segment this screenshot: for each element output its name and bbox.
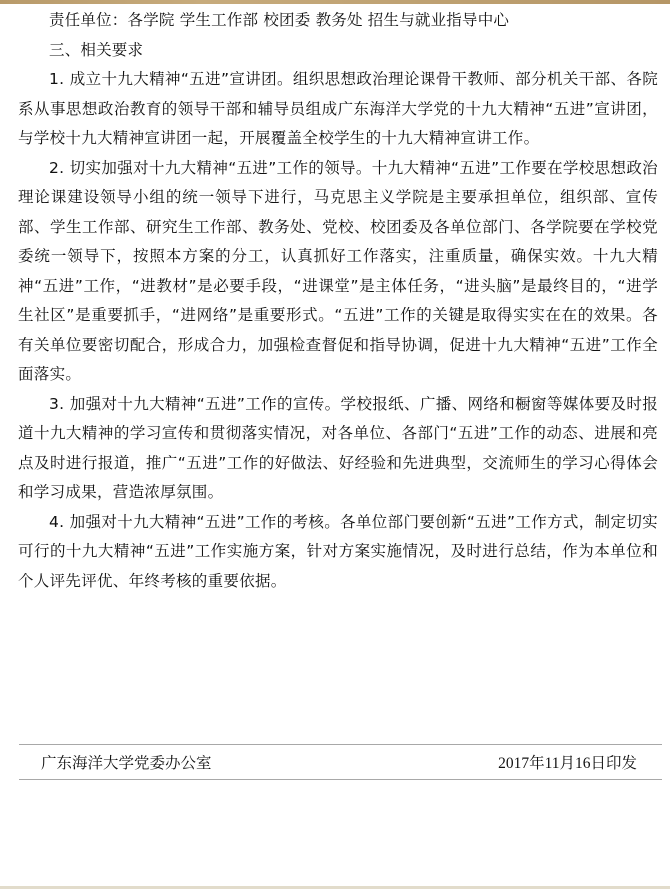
issuer-name: 广东海洋大学党委办公室 <box>41 751 212 773</box>
issue-date: 2017年11月16日印发 <box>498 751 637 773</box>
responsible-units: 责任单位：各学院 学生工作部 校团委 教务处 招生与就业指导中心 <box>18 6 658 36</box>
requirement-paragraph-2: 2. 切实加强对十九大精神“五进”工作的领导。十九大精神“五进”工作要在学校思想… <box>18 154 658 390</box>
requirement-paragraph-4: 4. 加强对十九大精神“五进”工作的考核。各单位部门要创新“五进”工作方式，制定… <box>18 508 658 597</box>
issuance-footer: 广东海洋大学党委办公室 2017年11月16日印发 <box>19 744 662 780</box>
requirement-paragraph-1: 1. 成立十九大精神“五进”宣讲团。组织思想政治理论课骨干教师、部分机关干部、各… <box>18 65 658 154</box>
section-heading: 三、相关要求 <box>18 36 658 66</box>
requirement-paragraph-3: 3. 加强对十九大精神“五进”工作的宣传。学校报纸、广播、网络和橱窗等媒体要及时… <box>18 390 658 508</box>
document-body: 责任单位：各学院 学生工作部 校团委 教务处 招生与就业指导中心 三、相关要求 … <box>18 6 658 596</box>
top-decorative-border <box>0 0 670 4</box>
